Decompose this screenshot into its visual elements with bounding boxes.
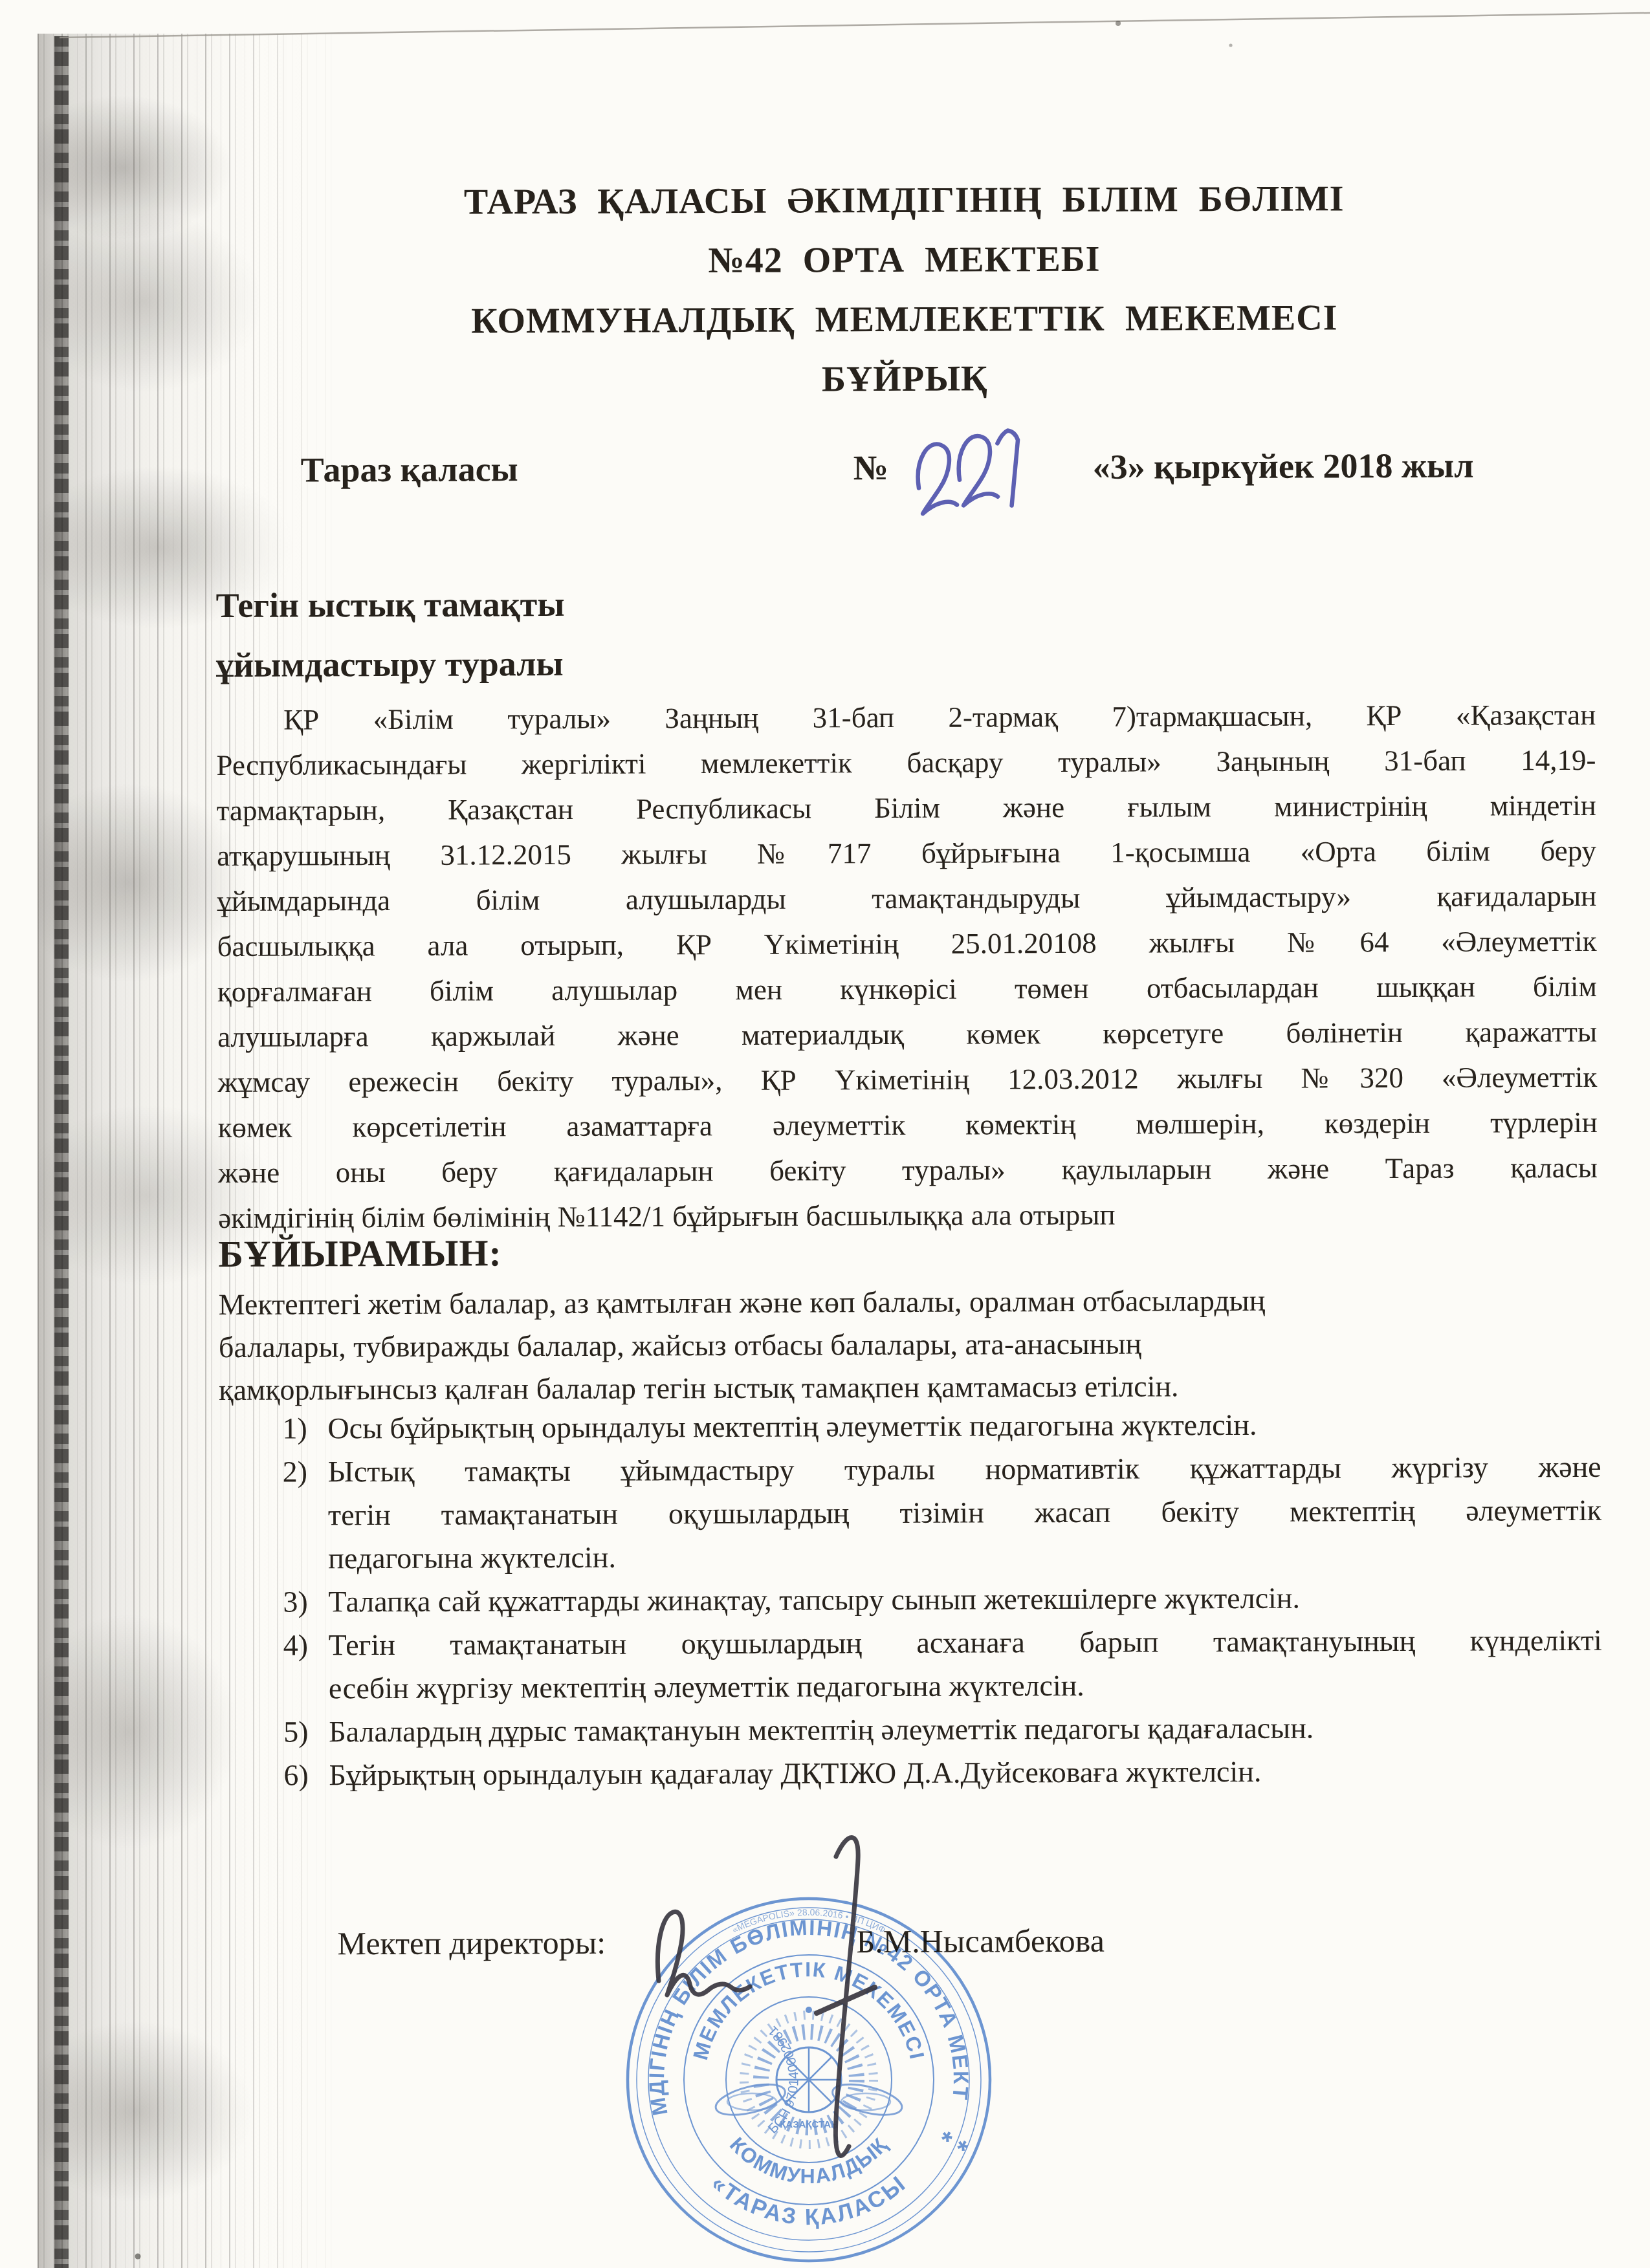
issue-date: «3» қыркүйек 2018 жыл (1093, 446, 1474, 487)
signature-name: Б.М.Нысамбекова (856, 1922, 1105, 1960)
order-items-list: 1) Осы бұйрықтың орындалуы мектептің әле… (282, 1402, 1602, 1797)
order-item: 5) Балалардың дұрыс тамақтануын мектепті… (283, 1705, 1602, 1754)
scanner-edge-dark-line (54, 36, 69, 2268)
item-number: 2) (283, 1450, 328, 1493)
order-subject: Тегін ыстық тамақтыұйымдастыру туралы (215, 574, 565, 695)
issue-city: Тараз қаласы (301, 449, 518, 490)
order-heading: БҰЙЫРАМЫН: (218, 1231, 502, 1276)
signature-label: Мектеп директоры: (337, 1924, 606, 1963)
order-number-sign: № (853, 448, 889, 488)
signature-row: Мектеп директоры: Б.М.Нысамбекова (221, 1920, 1600, 1925)
order-item: 1) Осы бұйрықтың орындалуы мектептің әле… (282, 1402, 1601, 1450)
item-text: Тегін тамақтанатын оқушылардың асханаға … (329, 1619, 1603, 1710)
order-item: 3) Талапқа сай құжаттарды жинақтау, тапс… (283, 1575, 1601, 1624)
order-item: 2) Ыстық тамақты ұйымдастыру туралы норм… (283, 1445, 1602, 1580)
item-number: 5) (283, 1710, 329, 1753)
order-intro: Мектептегі жетім балалар, аз қамтылған ж… (219, 1278, 1578, 1412)
item-text: Балалардың дұрыс тамақтануын мектептің ә… (329, 1705, 1602, 1754)
order-item: 4) Тегін тамақтанатын оқушылардың асхана… (283, 1619, 1602, 1710)
item-number: 6) (283, 1753, 329, 1796)
document-header: ТАРАЗ ҚАЛАСЫ ӘКІМДІГІНІҢ БІЛІМ БӨЛІМІ№42… (214, 168, 1594, 411)
document-page: ТАРАЗ ҚАЛАСЫ ӘКІМДІГІНІҢ БІЛІМ БӨЛІМІ№42… (214, 0, 1601, 2268)
item-text: Бұйрықтың орындалуын қадағалау ДҚТІЖО Д.… (329, 1749, 1602, 1797)
item-text: Ыстық тамақты ұйымдастыру туралы нормати… (328, 1445, 1602, 1580)
item-text: Осы бұйрықтың орындалуы мектептің әлеуме… (327, 1402, 1601, 1450)
order-item: 6) Бұйрықтың орындалуын қадағалау ДҚТІЖО… (283, 1749, 1602, 1797)
item-number: 3) (283, 1580, 328, 1623)
item-number: 4) (283, 1623, 329, 1666)
item-text: Талапқа сай құжаттарды жинақтау, тапсыру… (328, 1575, 1601, 1624)
scan-speck (135, 2254, 141, 2260)
order-preamble: ҚР «Білім туралы» Заңның 31-бап 2-тармақ… (216, 692, 1598, 1241)
item-number: 1) (282, 1406, 327, 1450)
